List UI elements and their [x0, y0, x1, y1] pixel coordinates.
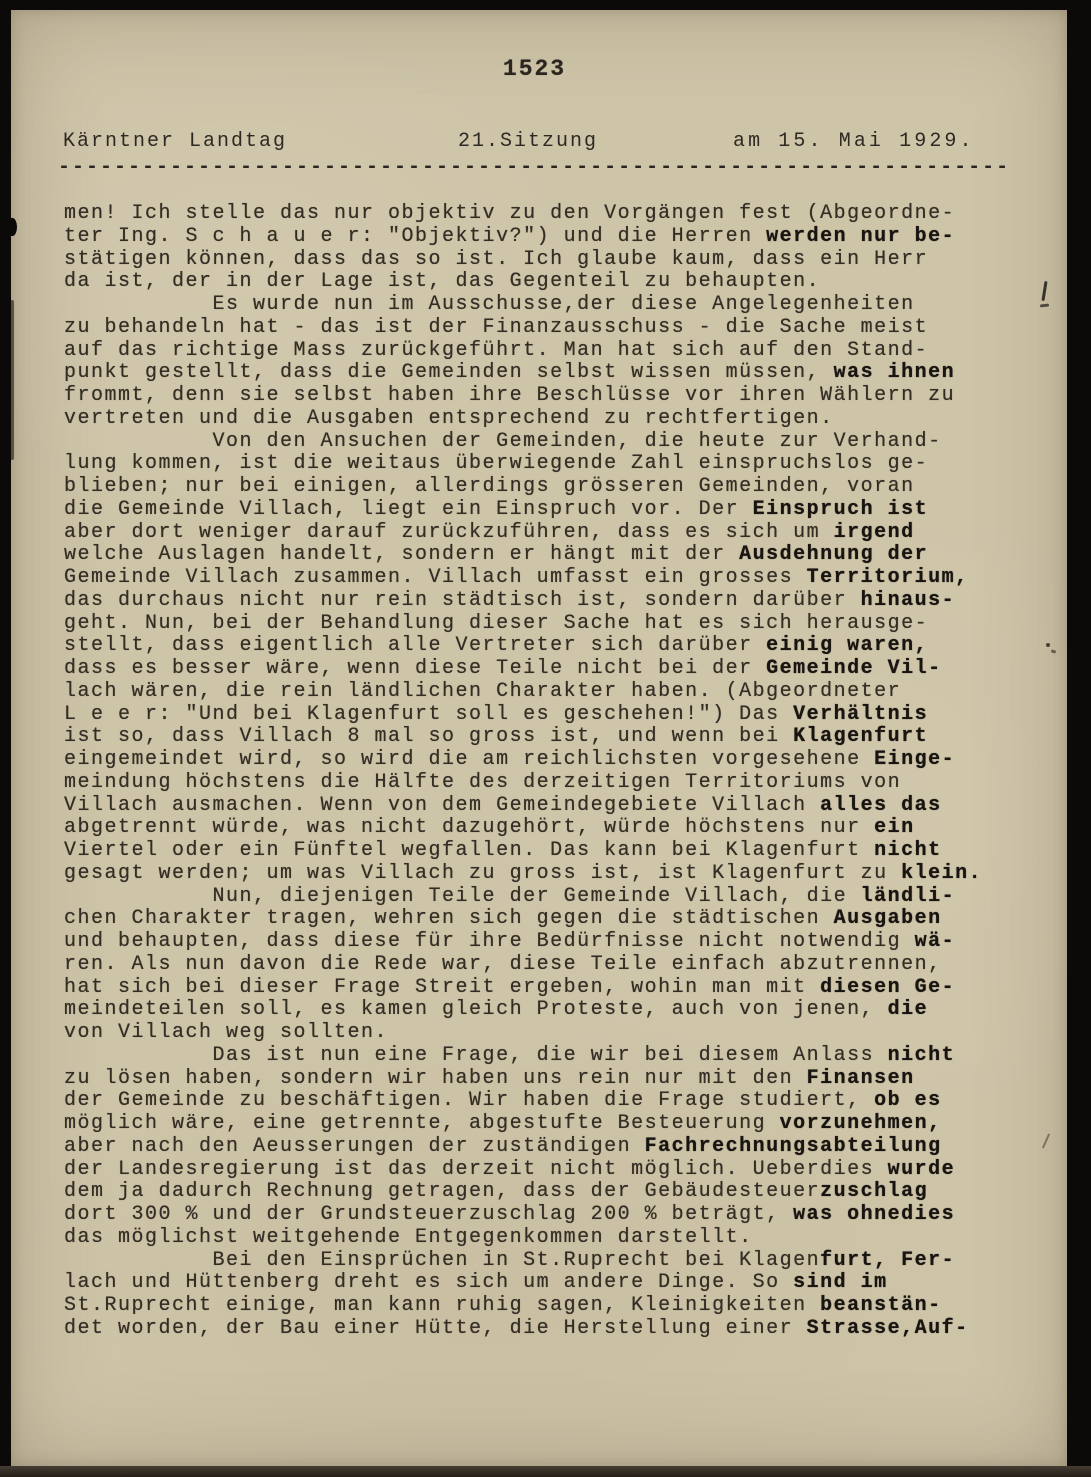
text-line: und behaupten, dass diese für ihre Bedür…: [64, 931, 1014, 954]
header-session-number: 21.Sitzung: [458, 130, 598, 153]
text-line: abgetrennt würde, was nicht dazugehört, …: [64, 817, 1014, 840]
text-line: von Villach weg sollten.: [64, 1022, 1014, 1045]
text-line: aber nach den Aeusserungen der zuständig…: [64, 1136, 1014, 1159]
text-line: Nun, diejenigen Teile der Gemeinde Villa…: [64, 886, 1014, 909]
text-line: frommt, denn sie selbst haben ihre Besch…: [64, 385, 1014, 408]
scanned-page: 1523 Kärntner Landtag 21.Sitzung am 15. …: [0, 0, 1091, 1477]
text-line: vertreten und die Ausgaben entsprechend …: [64, 408, 1014, 431]
text-line: da ist, der in der Lage ist, das Gegente…: [64, 271, 1014, 294]
text-line: dem ja dadurch Rechnung getragen, dass d…: [64, 1181, 1014, 1204]
page-number: 1523: [0, 56, 1080, 82]
text-line: das durchaus nicht nur rein städtisch is…: [64, 590, 1014, 613]
text-line: ist so, dass Villach 8 mal so gross ist,…: [64, 726, 1014, 749]
text-line: Es wurde nun im Ausschusse,der diese Ang…: [64, 294, 1014, 317]
text-line: L e e r: "Und bei Klagenfurt soll es ges…: [64, 704, 1014, 727]
text-line: geht. Nun, bei der Behandlung dieser Sac…: [64, 613, 1014, 636]
text-line: Viertel oder ein Fünftel wegfallen. Das …: [64, 840, 1014, 863]
text-line: det worden, der Bau einer Hütte, die Her…: [64, 1318, 1014, 1341]
text-line: stätigen können, dass das so ist. Ich gl…: [64, 249, 1014, 272]
text-line: meindeteilen soll, es kamen gleich Prote…: [64, 999, 1014, 1022]
text-line: lung kommen, ist die weitaus überwiegend…: [64, 453, 1014, 476]
text-line: lach und Hüttenberg dreht es sich um and…: [64, 1272, 1014, 1295]
text-line: der Landesregierung ist das derzeit nich…: [64, 1159, 1014, 1182]
text-line: hat sich bei dieser Frage Streit ergeben…: [64, 977, 1014, 1000]
text-line: welche Auslagen handelt, sondern er häng…: [64, 544, 1014, 567]
text-line: ren. Als nun davon die Rede war, diese T…: [64, 954, 1014, 977]
text-line: das möglichst weitgehende Entgegenkommen…: [64, 1227, 1014, 1250]
text-line: meindung höchstens die Hälfte des derzei…: [64, 772, 1014, 795]
document-body: men! Ich stelle das nur objektiv zu den …: [64, 203, 1014, 1341]
text-line: dort 300 % und der Grundsteuerzuschlag 2…: [64, 1204, 1014, 1227]
text-line: men! Ich stelle das nur objektiv zu den …: [64, 203, 1014, 226]
text-line: die Gemeinde Villach, liegt ein Einspruc…: [64, 499, 1014, 522]
text-line: chen Charakter tragen, wehren sich gegen…: [64, 908, 1014, 931]
text-line: Von den Ansuchen der Gemeinden, die heut…: [64, 431, 1014, 454]
text-line: punkt gestellt, dass die Gemeinden selbs…: [64, 362, 1014, 385]
text-line: blieben; nur bei einigen, allerdings grö…: [64, 476, 1014, 499]
text-line: stellt, dass eigentlich alle Vertreter s…: [64, 635, 1014, 658]
text-line: Villach ausmachen. Wenn von dem Gemeinde…: [64, 795, 1014, 818]
text-line: eingemeindet wird, so wird die am reichl…: [64, 749, 1014, 772]
text-line: Bei den Einsprüchen in St.Ruprecht bei K…: [64, 1250, 1014, 1273]
text-line: Gemeinde Villach zusammen. Villach umfas…: [64, 567, 1014, 590]
dashed-divider: ----------------------------------------…: [58, 156, 1010, 178]
text-line: Das ist nun eine Frage, die wir bei dies…: [64, 1045, 1014, 1068]
text-line: gesagt werden; um was Villach zu gross i…: [64, 863, 1014, 886]
text-line: zu lösen haben, sondern wir haben uns re…: [64, 1068, 1014, 1091]
text-line: St.Ruprecht einige, man kann ruhig sagen…: [64, 1295, 1014, 1318]
text-line: ter Ing. S c h a u e r: "Objektiv?") und…: [64, 226, 1014, 249]
text-line: lach wären, die rein ländlichen Charakte…: [64, 681, 1014, 704]
header-institution: Kärntner Landtag: [63, 130, 287, 153]
text-line: dass es besser wäre, wenn diese Teile ni…: [64, 658, 1014, 681]
text-line: aber dort weniger darauf zurückzuführen,…: [64, 522, 1014, 545]
text-line: der Gemeinde zu beschäftigen. Wir haben …: [64, 1090, 1014, 1113]
text-line: auf das richtige Mass zurückgeführt. Man…: [64, 340, 1014, 363]
header-date: am 15. Mai 1929.: [733, 130, 975, 153]
text-line: zu behandeln hat - das ist der Finanzaus…: [64, 317, 1014, 340]
scan-bottom-edge: [0, 1466, 1091, 1477]
text-line: möglich wäre, eine getrennte, abgestufte…: [64, 1113, 1014, 1136]
